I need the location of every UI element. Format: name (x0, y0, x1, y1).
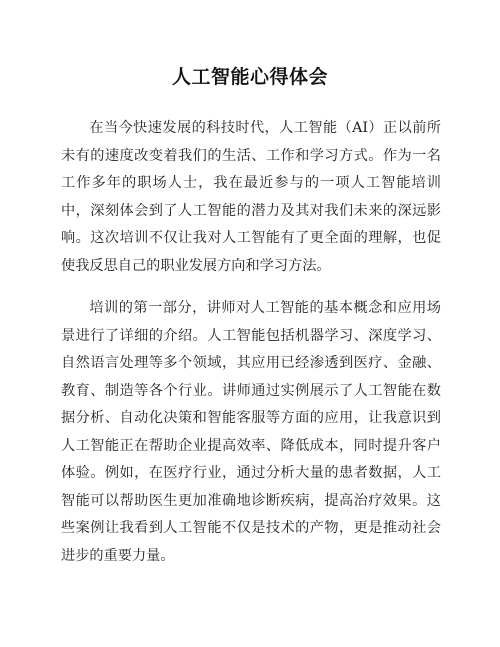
document-title: 人工智能心得体会 (0, 62, 500, 89)
paragraph-training-part-one: 培训的第一部分，讲师对人工智能的基本概念和应用场景进行了详细的介绍。人工智能包括… (61, 295, 441, 570)
paragraph-intro: 在当今快速发展的科技时代，人工智能（AI）正以前所未有的速度改变着我们的生活、工… (61, 115, 441, 280)
document-page: 人工智能心得体会 在当今快速发展的科技时代，人工智能（AI）正以前所未有的速度改… (0, 0, 500, 647)
